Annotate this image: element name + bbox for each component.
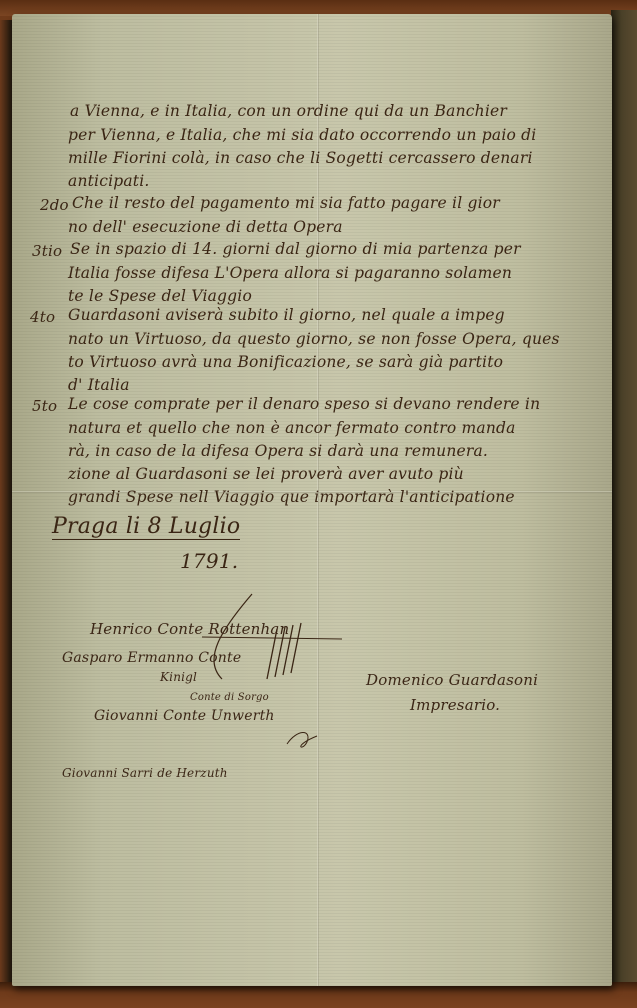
clause-number-4: 4to: [30, 308, 55, 326]
body-line-1: a Vienna, e in Italia, con un ordine qui…: [70, 104, 507, 120]
body-line-10: Guardasoni aviserà subito il giorno, nel…: [68, 308, 505, 324]
body-line-3: mille Fiorini colà, in caso che li Soget…: [68, 151, 533, 167]
paper-shadow-right: [611, 10, 637, 985]
body-line-5: Che il resto del pagamento mi sia fatto …: [72, 196, 500, 212]
body-line-15: natura et quello che non è ancor fermato…: [68, 421, 516, 437]
signature-unwerth: Giovanni Conte Unwerth: [94, 708, 275, 724]
document-photograph: a Vienna, e in Italia, con un ordine qui…: [0, 0, 637, 1008]
body-line-18: grandi Spese nell Viaggio que importarà …: [68, 490, 515, 506]
year: 1791.: [180, 549, 238, 573]
signature-sorgo: Conte di Sorgo: [190, 692, 269, 703]
body-line-6: no dell' esecuzione di detta Opera: [68, 220, 343, 236]
clause-number-2: 2do: [40, 196, 69, 214]
body-line-12: to Virtuoso avrà una Bonificazione, se s…: [68, 355, 503, 371]
body-line-14: Le cose comprate per il denaro speso si …: [68, 397, 540, 413]
body-line-8: Italia fosse difesa L'Opera allora si pa…: [68, 266, 512, 282]
body-line-17: zione al Guardasoni se lei proverà aver …: [68, 467, 464, 483]
signature-herzuth: Giovanni Sarri de Herzuth: [62, 766, 228, 780]
body-line-11: nato un Virtuoso, da questo giorno, se n…: [68, 332, 560, 348]
body-line-16: rà, in caso de la difesa Opera si darà u…: [68, 444, 488, 460]
clause-number-3: 3tio: [32, 242, 62, 260]
signature-guardasoni-title: Impresario.: [410, 696, 500, 714]
body-line-2: per Vienna, e Italia, che mi sia dato oc…: [68, 128, 536, 144]
clause-number-5: 5to: [32, 397, 57, 415]
signature-guardasoni: Domenico Guardasoni: [366, 671, 538, 689]
signature-mark: [282, 724, 322, 754]
body-line-9: te le Spese del Viaggio: [68, 289, 252, 305]
manuscript-sheet: a Vienna, e in Italia, con un ordine qui…: [12, 14, 612, 986]
place-date: Praga li 8 Luglio: [52, 514, 240, 540]
body-line-4: anticipati.: [68, 174, 150, 190]
body-line-7: Se in spazio di 14. giorni dal giorno di…: [70, 242, 521, 258]
signature-flourish: [182, 589, 342, 689]
body-line-13: d' Italia: [68, 378, 130, 394]
